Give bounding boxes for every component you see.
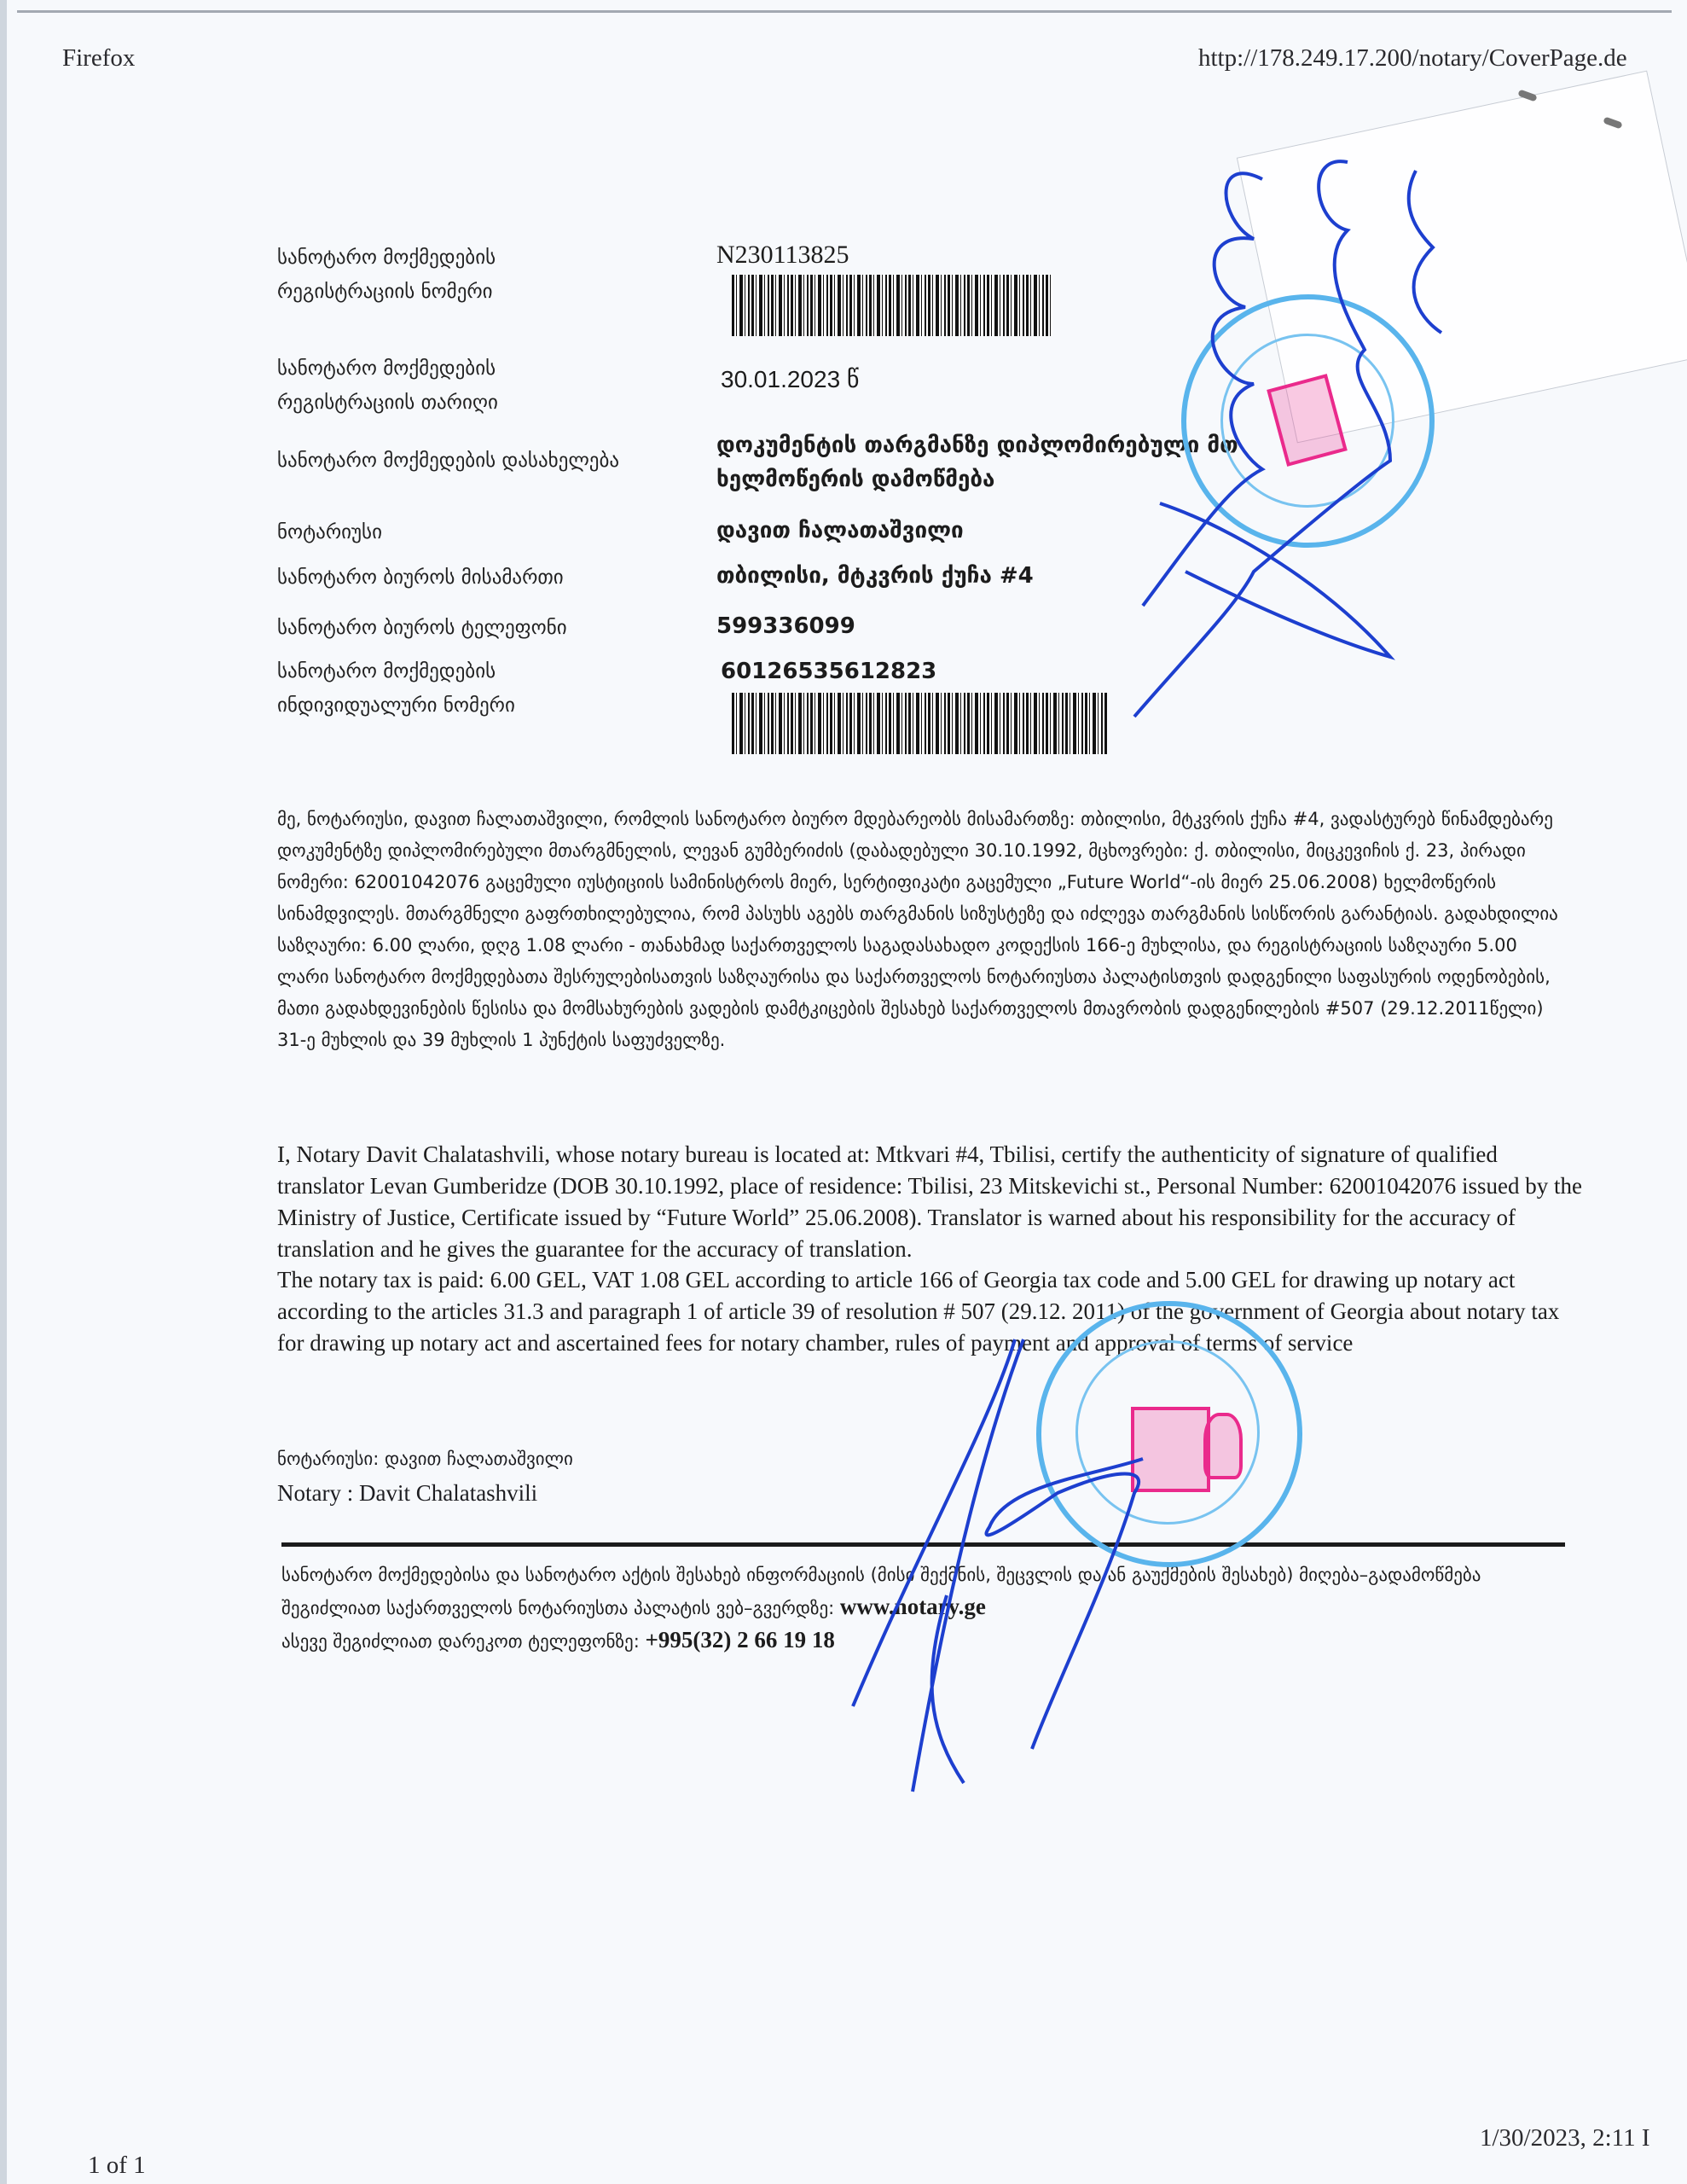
field-label-reg-number: სანოტარო მოქმედების რეგისტრაციის ნომერი <box>277 241 496 309</box>
print-page-number: 1 of 1 <box>88 2152 146 2180</box>
field-label-individual-number: სანოტარო მოქმედების ინდივიდუალური ნომერი <box>277 654 515 723</box>
footer-divider <box>281 1542 1565 1547</box>
registration-number: N230113825 <box>716 241 849 270</box>
field-label-reg-date: სანოტარო მოქმედების რეგისტრაციის თარიღი <box>277 351 498 420</box>
chamber-phone: +995(32) 2 66 19 18 <box>645 1627 834 1653</box>
certification-text-ka: მე, ნოტარიუსი, დავით ჩალათაშვილი, რომლის… <box>277 804 1574 1056</box>
bureau-address: თბილისი, მტკვრის ქუჩა #4 <box>716 559 1034 593</box>
notary-tax-text-en: The notary tax is paid: 6.00 GEL, VAT 1.… <box>277 1264 1582 1359</box>
scan-edge <box>0 0 7 2184</box>
field-label-notary: ნოტარიუსი <box>277 515 382 549</box>
notary-website-link[interactable]: www.notary.ge <box>840 1594 986 1619</box>
notary-seal-stamp <box>1036 1301 1302 1567</box>
field-label-address: სანოტარო ბიუროს მისამართი <box>277 561 564 595</box>
crown-icon <box>1203 1413 1243 1479</box>
notary-name: დავით ჩალათაშვილი <box>716 514 964 548</box>
action-name: დოკუმენტის თარგმანზე დიპლომირებული მთ ხე… <box>716 428 1238 497</box>
field-label-action-name: სანოტარო მოქმედების დასახელება <box>277 444 619 478</box>
scan-top-edge <box>17 10 1672 13</box>
signature-block: ნოტარიუსი: დავით ჩალათაშვილი Notary : Da… <box>277 1442 573 1510</box>
verification-footer: სანოტარო მოქმედებისა და სანოტარო აქტის შ… <box>281 1560 1569 1658</box>
notary-signature-en: Notary : Davit Chalatashvili <box>277 1476 573 1510</box>
individual-number: 60126535612823 <box>721 654 936 688</box>
coat-of-arms-icon <box>1131 1407 1210 1492</box>
registration-barcode <box>732 275 1052 336</box>
notary-seal-stamp <box>1181 294 1435 548</box>
registration-date: 30.01.2023 წ <box>721 365 859 393</box>
notary-signature-ka: ნოტარიუსი: დავით ჩალათაშვილი <box>277 1442 573 1476</box>
print-datetime: 1/30/2023, 2:11 I <box>1480 2124 1650 2152</box>
print-header-url: http://178.249.17.200/notary/CoverPage.d… <box>1198 44 1627 73</box>
field-label-phone: სანოტარო ბიუროს ტელეფონი <box>277 611 567 645</box>
bureau-phone: 599336099 <box>716 609 855 643</box>
individual-barcode <box>732 693 1107 754</box>
print-header-app: Firefox <box>62 44 135 73</box>
certification-text-en: I, Notary Davit Chalatashvili, whose not… <box>277 1139 1582 1265</box>
